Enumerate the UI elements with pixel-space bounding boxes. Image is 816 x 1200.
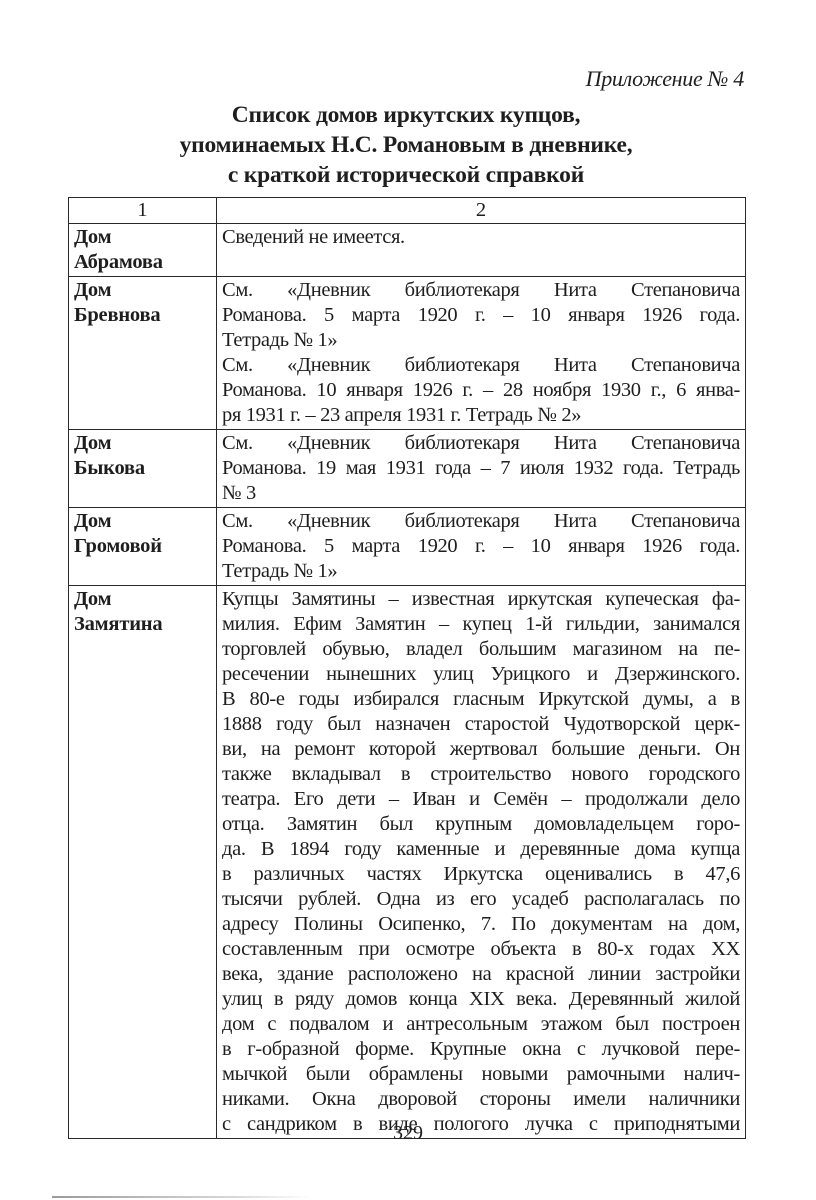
text-line: ря 1931 г. – 23 апреля 1931 г. Тетрадь №…: [222, 403, 740, 428]
house-name-line: Дом: [74, 431, 211, 456]
text-line: 1888 году был назначен старостой Чудотво…: [222, 712, 740, 737]
page-title: Список домов иркутских купцов, упоминаем…: [68, 100, 744, 190]
house-name-line: Дом: [74, 509, 211, 534]
text-line: в различных частях Иркутска оценивались …: [222, 862, 740, 887]
table-header-row: 1 2: [69, 198, 746, 224]
house-name-line: Быкова: [74, 456, 211, 481]
text-line: Купцы Замятины – известная иркутская куп…: [222, 587, 740, 612]
text-line: в г-образной форме. Крупные окна с лучко…: [222, 1037, 740, 1062]
house-name-cell: ДомАбрамова: [69, 224, 217, 277]
text-line: См. «Дневник библиотекаря Нита Степанови…: [222, 431, 740, 456]
historical-note-cell: См. «Дневник библиотекаря Нита Степанови…: [217, 430, 746, 508]
text-line: Романова. 5 марта 1920 г. – 10 января 19…: [222, 303, 740, 328]
house-name-line: Дом: [74, 587, 211, 612]
text-line: См. «Дневник библиотекаря Нита Степанови…: [222, 509, 740, 534]
text-line: никами. Окна дворовой стороны имели нали…: [222, 1087, 740, 1112]
historical-note-cell: См. «Дневник библиотекаря Нита Степанови…: [217, 508, 746, 586]
text-line: Романова. 5 марта 1920 г. – 10 января 19…: [222, 534, 740, 559]
appendix-label: Приложение № 4: [586, 66, 744, 92]
text-line: составленным при осмотре объекта в 80-х …: [222, 937, 740, 962]
historical-note-cell: Сведений не имеется.: [217, 224, 746, 277]
text-line: Тетрадь № 1»: [222, 328, 740, 353]
house-name-line: Дом: [74, 225, 211, 250]
text-line: улиц в ряду домов конца XIX века. Деревя…: [222, 987, 740, 1012]
text-line: отца. Замятин был крупным домовладельцем…: [222, 812, 740, 837]
title-line: с краткой исторической справкой: [68, 160, 744, 190]
title-line: Список домов иркутских купцов,: [68, 100, 744, 130]
house-name-line: Громовой: [74, 534, 211, 559]
house-name-line: Замятина: [74, 612, 211, 637]
text-line: милия. Ефим Замятин – купец 1-й гильдии,…: [222, 612, 740, 637]
text-line: См. «Дневник библиотекаря Нита Степанови…: [222, 353, 740, 378]
page-number: 329: [0, 1122, 816, 1145]
text-line: также вкладывал в строительство нового г…: [222, 762, 740, 787]
title-line: упоминаемых Н.С. Романовым в дневнике,: [68, 130, 744, 160]
text-line: тысячи рублей. Одна из его усадеб распол…: [222, 887, 740, 912]
house-name-line: Абрамова: [74, 250, 211, 275]
text-line: театра. Его дети – Иван и Семён – продол…: [222, 787, 740, 812]
text-line: адресу Полины Осипенко, 7. По документам…: [222, 912, 740, 937]
text-line: В 80-е годы избирался гласным Иркутской …: [222, 687, 740, 712]
historical-note-cell: Купцы Замятины – известная иркутская куп…: [217, 586, 746, 1139]
column-header-1: 1: [69, 198, 217, 224]
table-row: ДомЗамятинаКупцы Замятины – известная ир…: [69, 586, 746, 1139]
house-name-cell: ДомБыкова: [69, 430, 217, 508]
text-line: ви, на ремонт которой жертвовал большие …: [222, 737, 740, 762]
house-name-cell: ДомБревнова: [69, 277, 217, 430]
house-name-line: Дом: [74, 278, 211, 303]
text-line: Сведений не имеется.: [222, 225, 740, 250]
text-line: века, здание расположено на красной лини…: [222, 962, 740, 987]
text-line: дом с подвалом и антресольным этажом был…: [222, 1012, 740, 1037]
text-line: Тетрадь № 1»: [222, 559, 740, 584]
text-line: ресечении нынешних улиц Урицкого и Дзерж…: [222, 662, 740, 687]
table-row: ДомАбрамоваСведений не имеется.: [69, 224, 746, 277]
table-row: ДомБыковаСм. «Дневник библиотекаря Нита …: [69, 430, 746, 508]
scan-edge-divider: [52, 1196, 312, 1198]
text-line: Романова. 10 января 1926 г. – 28 ноября …: [222, 378, 740, 403]
house-name-line: Бревнова: [74, 303, 211, 328]
merchant-houses-table: 1 2 ДомАбрамоваСведений не имеется.ДомБр…: [68, 197, 746, 1139]
text-line: да. В 1894 году каменные и деревянные до…: [222, 837, 740, 862]
text-line: торговлей обувью, владел большим магазин…: [222, 637, 740, 662]
table-row: ДомБревноваСм. «Дневник библиотекаря Нит…: [69, 277, 746, 430]
table-row: ДомГромовойСм. «Дневник библиотекаря Нит…: [69, 508, 746, 586]
text-line: № 3: [222, 481, 740, 506]
text-line: См. «Дневник библиотекаря Нита Степанови…: [222, 278, 740, 303]
house-name-cell: ДомЗамятина: [69, 586, 217, 1139]
text-line: Романова. 19 мая 1931 года – 7 июля 1932…: [222, 456, 740, 481]
column-header-2: 2: [217, 198, 746, 224]
house-name-cell: ДомГромовой: [69, 508, 217, 586]
text-line: мычкой были обрамлены новыми рамочными н…: [222, 1062, 740, 1087]
historical-note-cell: См. «Дневник библиотекаря Нита Степанови…: [217, 277, 746, 430]
